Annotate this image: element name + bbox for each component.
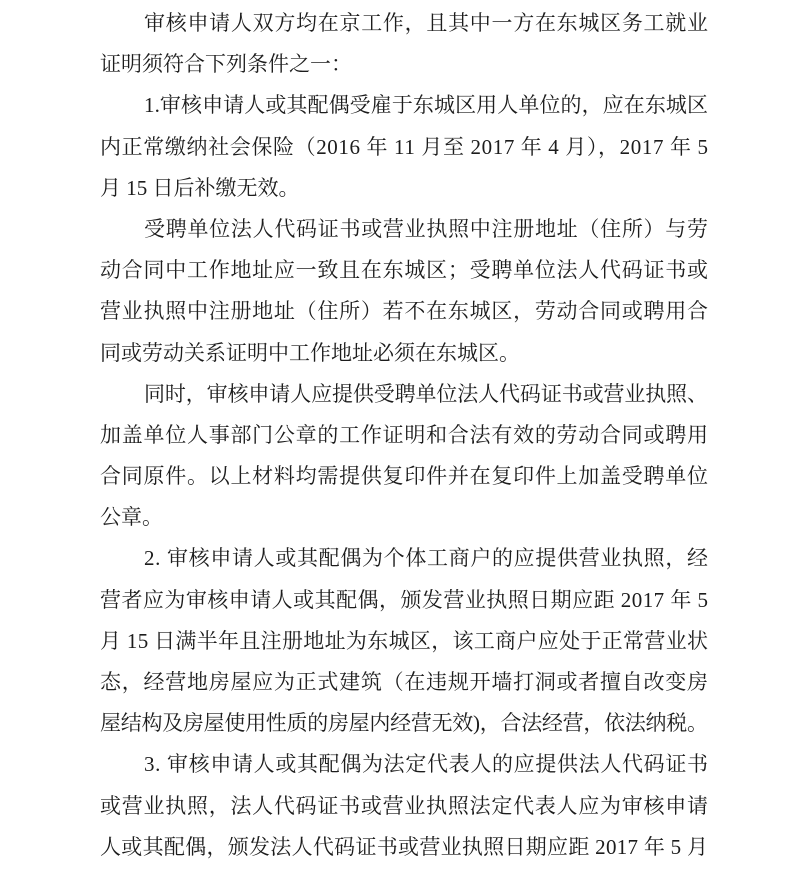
paragraph-intro: 审核申请人双方均在京工作，且其中一方在东城区务工就业 证明须符合下列条件之一： (100, 3, 708, 85)
document-page: 审核申请人双方均在京工作，且其中一方在东城区务工就业 证明须符合下列条件之一： … (0, 0, 791, 875)
paragraph-condition-3: 3. 审核申请人或其配偶为法定代表人的应提供法人代码证书 或营业执照，法人代码证… (100, 744, 708, 868)
text-line: 动合同中工作地址应一致且在东城区；受聘单位法人代码证书或 (100, 250, 708, 291)
text-line: 加盖单位人事部门公章的工作证明和合法有效的劳动合同或聘用 (100, 415, 708, 456)
text-line: 月 15 日后补缴无效。 (100, 168, 708, 209)
text-line: 同或劳动关系证明中工作地址必须在东城区。 (100, 333, 708, 374)
text-line: 营者应为审核申请人或其配偶，颁发营业执照日期应距 2017 年 5 (100, 580, 708, 621)
text-line: 屋结构及房屋使用性质的房屋内经营无效)，合法经营，依法纳税。 (100, 703, 708, 744)
document-body: 审核申请人双方均在京工作，且其中一方在东城区务工就业 证明须符合下列条件之一： … (100, 3, 708, 868)
text-line: 2. 审核申请人或其配偶为个体工商户的应提供营业执照，经 (100, 538, 708, 579)
text-line: 3. 审核申请人或其配偶为法定代表人的应提供法人代码证书 (100, 744, 708, 785)
text-line: 或营业执照，法人代码证书或营业执照法定代表人应为审核申请 (100, 786, 708, 827)
text-line: 人或其配偶，颁发法人代码证书或营业执照日期应距 2017 年 5 月 (100, 827, 708, 868)
text-line: 公章。 (100, 497, 708, 538)
text-line: 1.审核申请人或其配偶受雇于东城区用人单位的，应在东城区 (100, 85, 708, 126)
text-line: 月 15 日满半年且注册地址为东城区，该工商户应处于正常营业状 (100, 621, 708, 662)
paragraph-materials: 同时，审核申请人应提供受聘单位法人代码证书或营业执照、 加盖单位人事部门公章的工… (100, 374, 708, 539)
paragraph-employer-address: 受聘单位法人代码证书或营业执照中注册地址（住所）与劳 动合同中工作地址应一致且在… (100, 209, 708, 374)
text-line: 审核申请人双方均在京工作，且其中一方在东城区务工就业 (100, 3, 708, 44)
text-line: 内正常缴纳社会保险（2016 年 11 月至 2017 年 4 月），2017 … (100, 127, 708, 168)
paragraph-condition-1: 1.审核申请人或其配偶受雇于东城区用人单位的，应在东城区 内正常缴纳社会保险（2… (100, 85, 708, 209)
text-line: 营业执照中注册地址（住所）若不在东城区，劳动合同或聘用合 (100, 291, 708, 332)
text-line: 证明须符合下列条件之一： (100, 44, 708, 85)
text-line: 态，经营地房屋应为正式建筑（在违规开墙打洞或者擅自改变房 (100, 662, 708, 703)
paragraph-condition-2: 2. 审核申请人或其配偶为个体工商户的应提供营业执照，经 营者应为审核申请人或其… (100, 538, 708, 744)
text-line: 合同原件。以上材料均需提供复印件并在复印件上加盖受聘单位 (100, 456, 708, 497)
text-line: 同时，审核申请人应提供受聘单位法人代码证书或营业执照、 (100, 374, 708, 415)
text-line: 受聘单位法人代码证书或营业执照中注册地址（住所）与劳 (100, 209, 708, 250)
